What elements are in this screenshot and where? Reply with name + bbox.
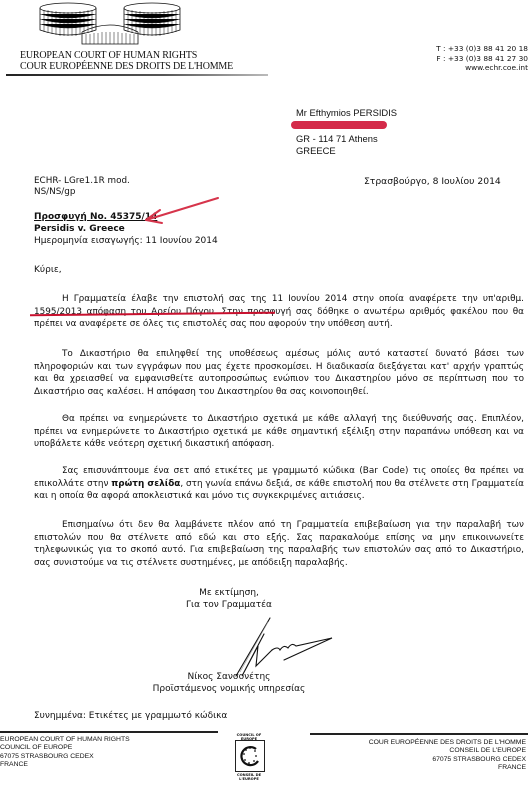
- footer-left-line: COUNCIL OF EUROPE: [0, 744, 130, 752]
- footer-left-line: FRANCE: [0, 761, 130, 769]
- coe-logo-bottom-text: CONSEIL DE L'EUROPE: [230, 773, 268, 781]
- paragraph-3: Θα πρέπει να ενημερώνετε το Δικαστήριο σ…: [34, 413, 524, 451]
- footer-right-line: CONSEIL DE L'EUROPE: [369, 747, 526, 755]
- council-of-europe-logo: COUNCIL OF EUROPE CONSEIL DE L'EUROPE: [230, 733, 268, 779]
- court-name-fr: COUR EUROPÉENNE DES DROITS DE L'HOMME: [20, 61, 270, 72]
- paragraph-5: Επισημαίνω ότι δεν θα λαμβάνετε πλέον απ…: [34, 519, 524, 569]
- court-name: EUROPEAN COURT OF HUMAN RIGHTS COUR EURO…: [20, 50, 270, 72]
- signer-name: Νίκος Σανσονέτης: [0, 672, 494, 682]
- redaction-mark: [291, 121, 387, 129]
- footer-right-line: 67075 STRASBOURG CEDEX: [369, 756, 526, 764]
- header-divider: [6, 74, 268, 76]
- contact-block: T : +33 (0)3 88 41 20 18 F : +33 (0)3 88…: [436, 44, 528, 73]
- introduction-date: Ημερομηνία εισαγωγής: 11 Ιουνίου 2014: [34, 236, 218, 246]
- paragraph-1: Η Γραμματεία έλαβε την επιστολή σας της …: [34, 293, 524, 331]
- paragraph-2: Το Δικαστήριο θα επιληφθεί της υποθέσεως…: [34, 348, 524, 398]
- reference-code: ECHR- LGre1.1R mod.: [34, 176, 130, 187]
- footer-left-line: EUROPEAN COURT OF HUMAN RIGHTS: [0, 736, 130, 744]
- phone-number: T : +33 (0)3 88 41 20 18: [436, 44, 528, 54]
- p4-bold: πρώτη σελίδα: [111, 479, 180, 489]
- website-link[interactable]: www.echr.coe.int: [436, 63, 528, 73]
- footer-address-en: EUROPEAN COURT OF HUMAN RIGHTS COUNCIL O…: [0, 736, 130, 770]
- coe-emblem-icon: [235, 740, 265, 772]
- fax-number: F : +33 (0)3 88 41 27 30: [436, 54, 528, 64]
- footer-divider-right: [310, 733, 528, 735]
- closing-regards: Με εκτίμηση,: [0, 588, 494, 598]
- footer-left-line: 67075 STRASBOURG CEDEX: [0, 753, 130, 761]
- salutation: Κύριε,: [34, 265, 62, 275]
- footer-right-line: COUR EUROPÉENNE DES DROITS DE L'HOMME: [369, 739, 526, 747]
- reference-initials: NS/NS/gp: [34, 187, 130, 198]
- reference-block: ECHR- LGre1.1R mod. NS/NS/gp: [34, 176, 130, 198]
- paragraph-4: Σας επισυνάπτουμε ένα σετ από ετικέτες μ…: [34, 465, 524, 503]
- closing-on-behalf: Για τον Γραμματέα: [0, 600, 494, 610]
- footer-divider-left: [0, 731, 218, 733]
- place-date: Στρασβούργο, 8 Ιουλίου 2014: [364, 176, 501, 187]
- court-building-icon: [20, 0, 260, 48]
- case-title: Persidis v. Greece: [34, 224, 125, 234]
- recipient-city: GR - 114 71 Athens: [296, 133, 378, 144]
- signer-title: Προϊστάμενος νομικής υπηρεσίας: [0, 684, 494, 694]
- footer-right-line: FRANCE: [369, 764, 526, 772]
- application-number: Προσφυγή No. 45375/14: [34, 212, 157, 222]
- court-name-en: EUROPEAN COURT OF HUMAN RIGHTS: [20, 50, 270, 61]
- red-arrow-annotation-icon: [140, 196, 220, 226]
- recipient-name: Mr Efthymios PERSIDIS: [296, 107, 397, 118]
- attachments-note: Συνημμένα: Ετικέτες με γραμμωτό κώδικα: [34, 711, 227, 721]
- signature-icon: [228, 616, 348, 680]
- footer-address-fr: COUR EUROPÉENNE DES DROITS DE L'HOMME CO…: [369, 739, 526, 773]
- recipient-country: GREECE: [296, 145, 336, 156]
